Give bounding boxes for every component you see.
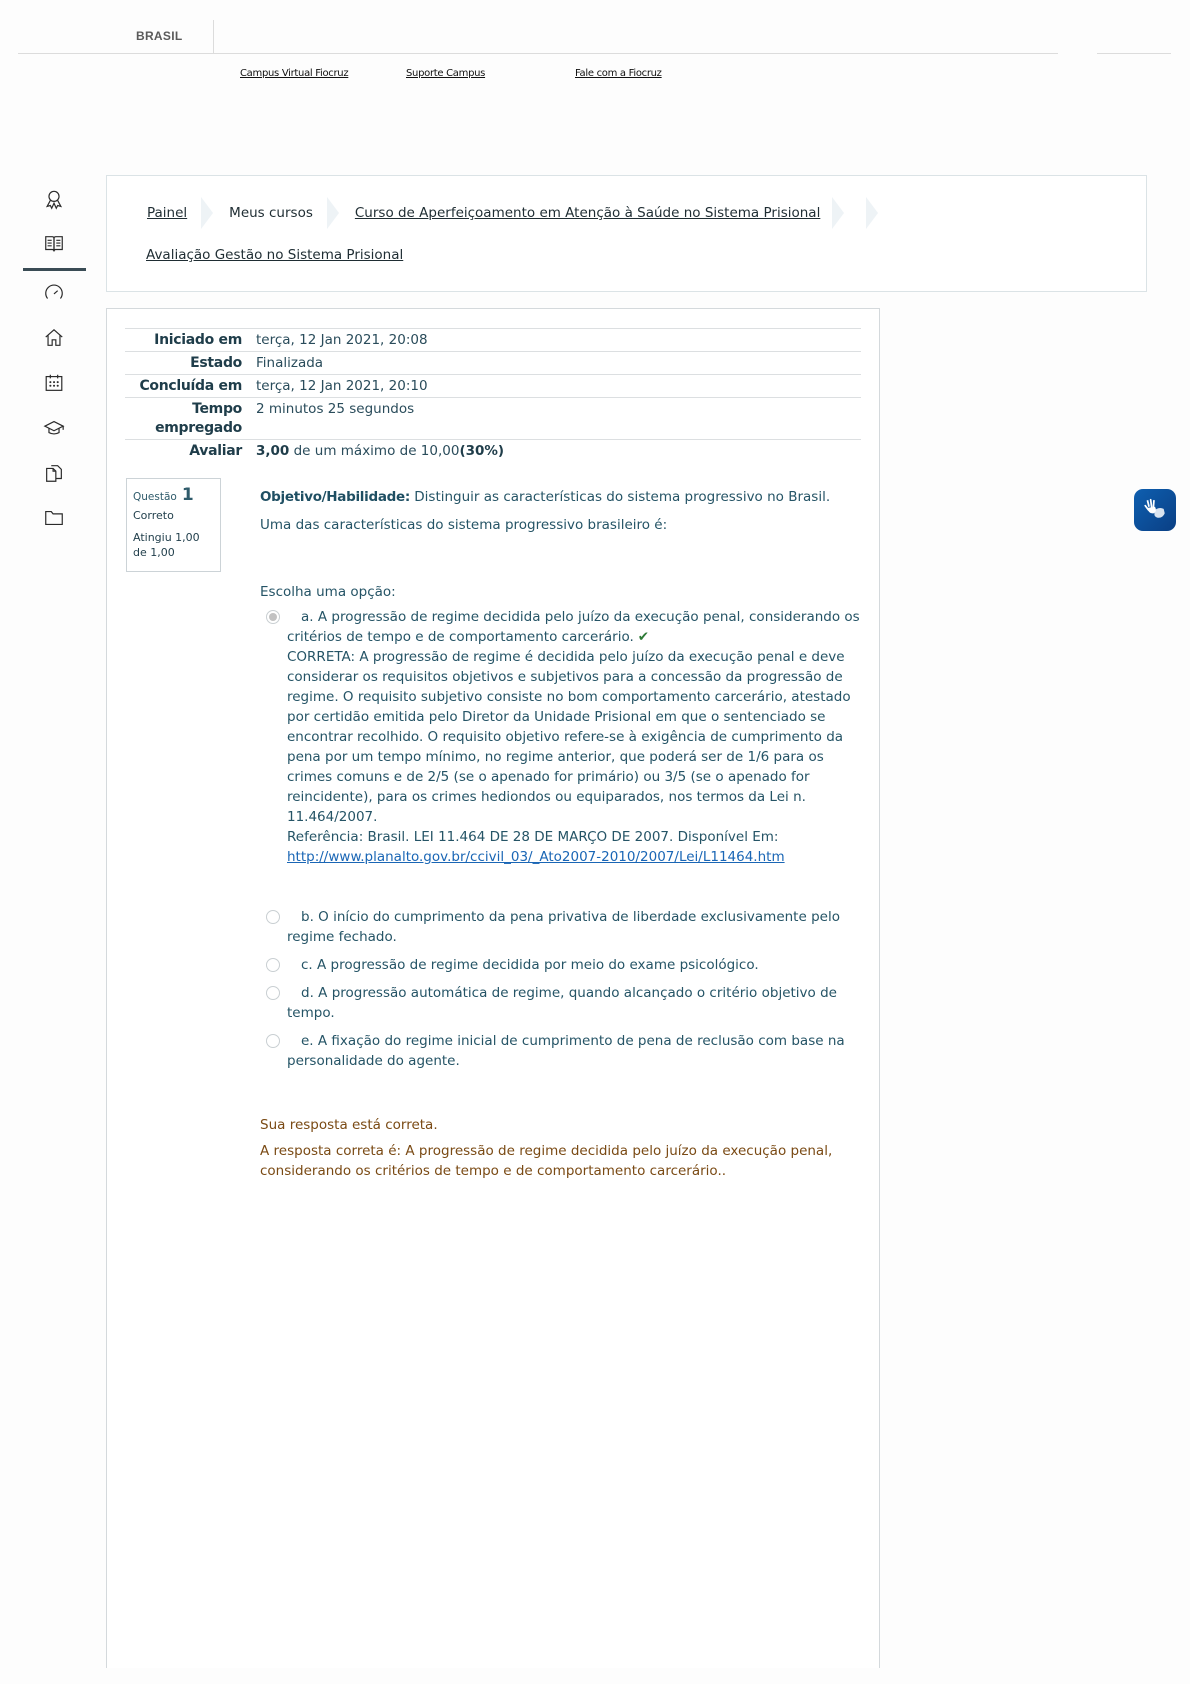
sign-language-hands-icon (1142, 497, 1168, 523)
answer-prompt: Escolha uma opção: (260, 584, 396, 600)
link-fale-fiocruz[interactable]: Fale com a Fiocruz (575, 68, 662, 79)
question-text: Objetivo/Habilidade: Distinguir as carac… (260, 487, 860, 543)
book-icon (43, 233, 65, 255)
question-grade: Atingiu 1,00 de 1,00 (133, 530, 214, 560)
nav-item-folder[interactable] (20, 498, 88, 538)
nav-item-dashboard[interactable] (20, 273, 88, 313)
answer-option-c[interactable]: c. A progressão de regime decidida por m… (260, 955, 860, 975)
divider (213, 20, 214, 53)
nav-active-indicator (23, 268, 86, 271)
answer-option-e[interactable]: e. A fixação do regime inicial de cumpri… (260, 1031, 860, 1071)
documents-icon (43, 462, 65, 484)
radio-c[interactable] (266, 958, 280, 972)
breadcrumb-quiz[interactable]: Avaliação Gestão no Sistema Prisional (146, 247, 403, 263)
question-outcome: Sua resposta está correta. A resposta co… (260, 1115, 860, 1187)
grade-percent: (30%) (459, 443, 504, 459)
nav-item-home[interactable] (20, 318, 88, 358)
gov-bar: BRASIL (18, 0, 1058, 54)
breadcrumb-row-2: Avaliação Gestão no Sistema Prisional (146, 244, 403, 263)
question-state: Correto (133, 509, 214, 522)
vlibras-button[interactable] (1134, 489, 1176, 531)
answer-options: a. A progressão de regime decidida pelo … (260, 607, 860, 1079)
breadcrumb-separator-icon (201, 197, 215, 229)
breadcrumb-card: Painel Meus cursos Curso de Aperfeiçoame… (106, 175, 1147, 292)
home-icon (43, 327, 65, 349)
reference-text: Referência: Brasil. LEI 11.464 DE 28 DE … (287, 827, 860, 847)
link-campus-virtual[interactable]: Campus Virtual Fiocruz (240, 68, 348, 79)
answer-option-d[interactable]: d. A progressão automática de regime, qu… (260, 983, 860, 1023)
question-number: 1 (182, 485, 194, 505)
breadcrumb-meus-cursos: Meus cursos (229, 205, 313, 221)
quiz-review-card: Iniciado em terça, 12 Jan 2021, 20:08 Es… (106, 308, 880, 1668)
outcome-right-answer: A resposta correta é: A progressão de re… (260, 1141, 860, 1181)
speedometer-icon (43, 282, 65, 304)
reference-link[interactable]: http://www.planalto.gov.br/ccivil_03/_At… (287, 849, 785, 865)
summary-row-time-taken: Tempo empregado 2 minutos 25 segundos (125, 398, 861, 440)
summary-row-grade: Avaliar 3,00 de um máximo de 10,00(30%) (125, 440, 861, 463)
breadcrumb-separator-icon (832, 197, 846, 229)
breadcrumb-separator-icon (866, 197, 880, 229)
nav-item-calendar[interactable] (20, 363, 88, 403)
divider (1097, 53, 1171, 54)
radio-b[interactable] (266, 910, 280, 924)
answer-option-a[interactable]: a. A progressão de regime decidida pelo … (260, 607, 860, 867)
nav-item-courses[interactable] (20, 224, 88, 264)
check-icon: ✔ (638, 629, 649, 645)
link-suporte-campus[interactable]: Suporte Campus (406, 68, 485, 79)
summary-row-completed: Concluída em terça, 12 Jan 2021, 20:10 (125, 375, 861, 398)
outcome-status: Sua resposta está correta. (260, 1115, 860, 1135)
question-info-box: Questão 1 Correto Atingiu 1,00 de 1,00 (126, 478, 221, 572)
nav-item-grades[interactable] (20, 408, 88, 448)
attempt-summary-table: Iniciado em terça, 12 Jan 2021, 20:08 Es… (125, 328, 861, 463)
breadcrumb-course[interactable]: Curso de Aperfeiçoamento em Atenção à Sa… (355, 205, 820, 221)
breadcrumb-separator-icon (327, 197, 341, 229)
breadcrumb: Painel Meus cursos Curso de Aperfeiçoame… (147, 198, 880, 228)
calendar-icon (43, 372, 65, 394)
nav-item-files[interactable] (20, 453, 88, 493)
breadcrumb-painel[interactable]: Painel (147, 205, 187, 221)
answer-feedback: CORRETA: A progressão de regime é decidi… (287, 647, 860, 827)
gov-brasil-logo[interactable]: BRASIL (136, 29, 182, 43)
grade-score: 3,00 (256, 443, 289, 459)
folder-icon (43, 507, 65, 529)
summary-row-started: Iniciado em terça, 12 Jan 2021, 20:08 (125, 329, 861, 352)
graduation-cap-icon (43, 417, 65, 439)
summary-row-state: Estado Finalizada (125, 352, 861, 375)
radio-a[interactable] (266, 610, 280, 624)
award-icon (43, 189, 65, 211)
answer-option-b[interactable]: b. O início do cumprimento da pena priva… (260, 907, 860, 947)
nav-item-badges[interactable] (20, 180, 88, 220)
radio-d[interactable] (266, 986, 280, 1000)
radio-e[interactable] (266, 1034, 280, 1048)
